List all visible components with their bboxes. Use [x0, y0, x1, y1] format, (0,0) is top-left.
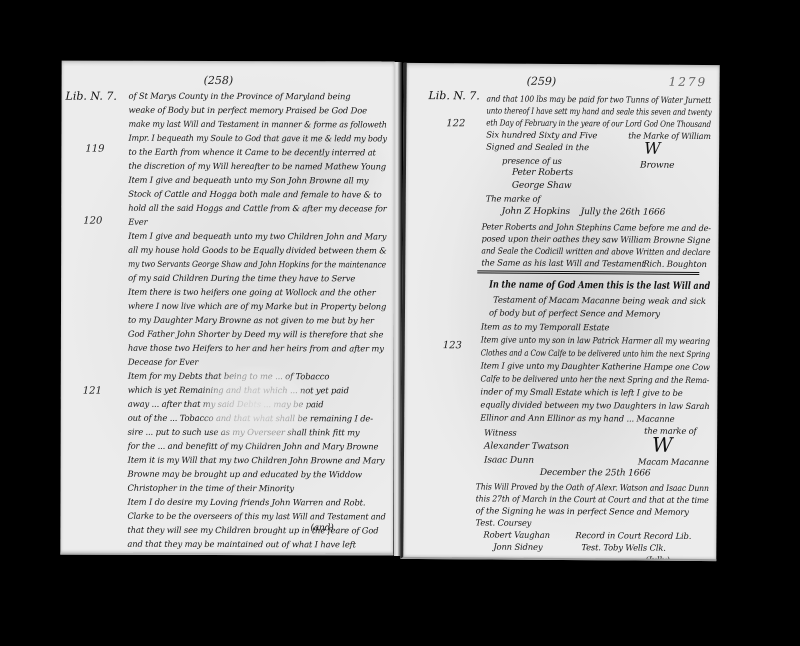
will-two-mark: W — [652, 433, 673, 457]
text-line: and that they may be maintained out of w… — [127, 539, 355, 550]
liber-label-left: Lib. N. 7. — [66, 90, 117, 103]
text-line: that they will see my Children brought u… — [127, 525, 378, 536]
attest-name: Jonn Sidney — [493, 542, 542, 552]
margin-number: 123 — [443, 340, 462, 351]
will-two-testator: Macam Macanne — [638, 457, 709, 467]
text-line: Testament of Macam Macanne being weak an… — [493, 295, 706, 306]
text-line: Clothes and a Cow Calfe to be delivered … — [481, 347, 710, 359]
text-line: Item give unto my son in law Patrick Har… — [481, 334, 710, 346]
text-line: my two Servants George Shaw and John Hop… — [128, 259, 386, 270]
witness-name: Alexander Twatson — [484, 441, 569, 452]
text-line: Stock of Cattle and Hogga both male and … — [128, 189, 381, 200]
probate-line: This Will Proved by the Oath of Alexr. W… — [476, 481, 709, 493]
text-line: all my house hold Goods to be Equally di… — [128, 245, 386, 256]
margin-number: 121 — [83, 386, 102, 397]
witness-mark-name: John Z Hopkins — [502, 207, 570, 217]
margin-number: 119 — [85, 144, 104, 155]
text-line: Item I give and bequeath unto my two Chi… — [128, 231, 386, 242]
text-line: Calfe to be delivered unto her the next … — [480, 373, 709, 385]
recorded-clerk: Test. Toby Wells Clk. — [581, 542, 666, 553]
witness-name: Peter Roberts — [512, 168, 573, 178]
text-line: inder of my Small Estate which is left I… — [480, 386, 682, 397]
text-line: Decease for Ever — [128, 357, 198, 367]
text-line: hold all the said Hoggs and Cattle from … — [128, 203, 386, 214]
recorded-note: Record in Court Record Lib. — [575, 530, 691, 541]
testator-mark: W — [644, 139, 661, 158]
text-line: the discretion of my Will hereafter to b… — [128, 161, 386, 172]
probate-clerk: Rich. Boughton — [643, 259, 707, 269]
catchword-right: (Jully) — [645, 555, 669, 561]
text-line: Christopher in the time of their Minorit… — [128, 483, 294, 493]
text-line: equally divided between my two Daughters… — [480, 399, 709, 411]
text-line: weake of Body but in perfect memory Prai… — [129, 105, 367, 116]
testator-mark-label: the Marke of William — [628, 130, 711, 141]
text-line: of St Marys County in the Province of Ma… — [129, 91, 351, 102]
right-page: (259) 1279 Lib. N. 7. 122 123 and that 1… — [400, 63, 719, 561]
text-line: of my said Children During the time they… — [128, 273, 355, 284]
witness-label: Witness — [484, 427, 516, 437]
left-page-text: of St Marys County in the Province of Ma… — [62, 61, 395, 62]
probate-line: this 27th of March in the Court at Court… — [476, 493, 709, 505]
text-line: Clarke to be the overseers of this my la… — [127, 511, 385, 522]
probate-line: of the Signing he was in perfect Sence a… — [476, 505, 689, 516]
witness-name: Isaac Dunn — [484, 455, 534, 465]
text-line: Six hundred Sixty and Five — [486, 129, 597, 140]
text-line: where I now live which are of my Marke b… — [128, 301, 386, 312]
text-line: and that 100 lbs may be paid for two Tun… — [486, 93, 711, 105]
text-line: eth Day of February in the yeare of our … — [486, 117, 711, 129]
catalog-number: 1279 — [669, 75, 708, 89]
text-line: unto thereof I have sett my hand and sea… — [486, 105, 711, 117]
probate-line: and Seale the Codicill written and above… — [481, 245, 710, 257]
signed-sealed: Signed and Sealed in the — [486, 141, 589, 152]
text-line: of body but of perfect Sence and Memory — [489, 308, 660, 319]
text-line: Impr. I bequeath my Soule to God that ga… — [128, 133, 386, 144]
will-heading: In the name of God Amen this is the last… — [489, 280, 710, 293]
text-line: have those two Heifers to her and her he… — [128, 343, 384, 354]
date-one: Jully the 26th 1666 — [581, 207, 666, 218]
page-number-right: (259) — [527, 75, 557, 88]
page-number-left: (258) — [204, 74, 234, 87]
paper-blot — [201, 366, 311, 446]
text-line: God Father John Shorter by Deed my will … — [128, 329, 383, 340]
text-line: to my Daughter Mary Browne as not given … — [128, 315, 374, 326]
text-line: Ever — [128, 217, 147, 227]
testator-name: Browne — [640, 161, 674, 171]
date-two: December the 25th 1666 — [540, 468, 651, 479]
text-line: Item I give and bequeath unto my Son Joh… — [128, 175, 368, 186]
text-line: Item I do desire my Loving friends John … — [127, 497, 365, 508]
probate-line: posed upon their oathes they saw William… — [481, 233, 710, 245]
text-line: Item it is my Will that my two Children … — [128, 455, 385, 466]
catchword-left: (and) — [310, 523, 333, 533]
presence-label: presence of us — [502, 156, 562, 166]
text-line: Item there is two heifers one going at W… — [128, 287, 376, 298]
text-line: to the Earth from whence it Came to be d… — [128, 147, 375, 158]
text-line: Browne may be brought up and educated by… — [128, 469, 362, 480]
text-line: make my last Will and Testament in manne… — [128, 119, 386, 130]
text-line: Item as to my Temporall Estate — [481, 321, 610, 332]
probate-clerk: Test. Coursey — [475, 517, 531, 527]
attest-name: Robert Vaughan — [483, 529, 549, 539]
text-line: Ellinor and Ann Ellinor as my hand ... M… — [480, 412, 674, 423]
liber-label-right: Lib. N. 7. — [428, 89, 479, 102]
witness-name: George Shaw — [512, 181, 572, 191]
probate-line: Peter Roberts and John Stephins Came bef… — [482, 221, 711, 233]
left-page: (258) Lib. N. 7. 119 120 121 of St Marys… — [60, 61, 394, 556]
witness-mark-label: The marke of — [486, 193, 541, 203]
text-line: Item I give unto my Daughter Katherine H… — [481, 360, 710, 372]
margin-number: 122 — [446, 118, 465, 129]
probate-line: the Same as his last Will and Testament — [481, 257, 645, 268]
margin-number: 120 — [83, 216, 102, 227]
